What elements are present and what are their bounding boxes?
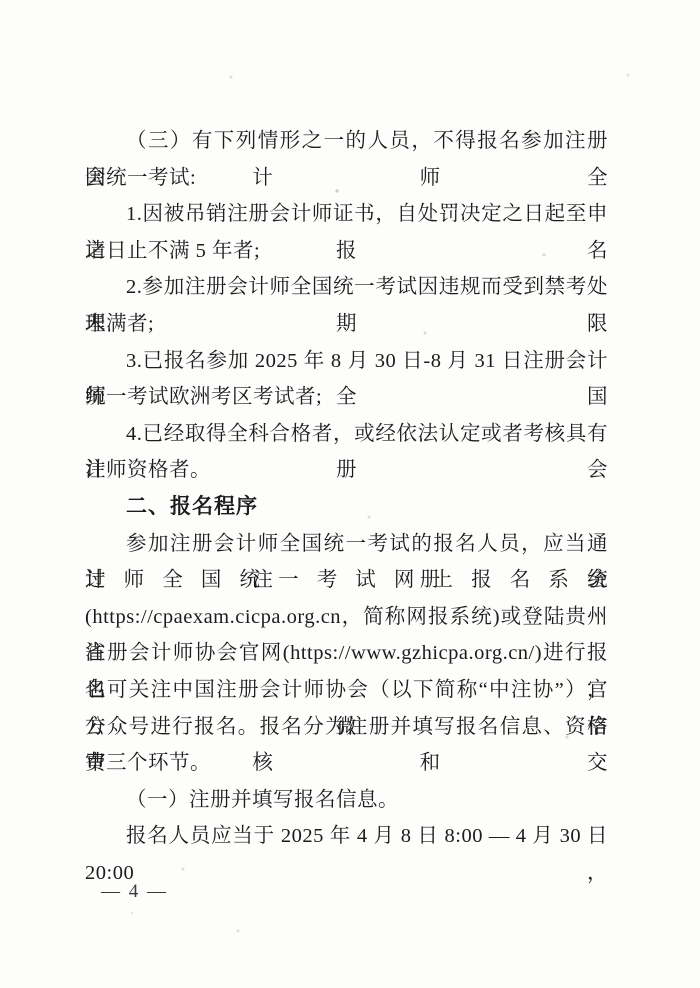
text-line: 报名人员应当于 2025 年 4 月 8 日 8:00 — 4 月 30 日 2… (85, 818, 608, 855)
text-line-with-url: 注册会计师协会官网(https://www.gzhicpa.org.cn/)进行… (85, 635, 608, 672)
document-page: （三）有下列情形之一的人员，不得报名参加注册会计师全 国统一考试: 1.因被吊销… (0, 0, 700, 988)
text-line-with-url: (https://cpaexam.cicpa.org.cn，简称网报系统)或登陆… (85, 599, 608, 636)
text-line: 参加注册会计师全国统一考试的报名人员，应当通过注册会 (85, 526, 608, 563)
text-line: 4.已经取得全科合格者，或经依法认定或者考核具有注册会 (85, 416, 608, 453)
document-body: （三）有下列情形之一的人员，不得报名参加注册会计师全 国统一考试: 1.因被吊销… (85, 123, 608, 855)
scan-noise-decoration (0, 0, 2, 2)
justified-spread-line: 计 师 全 国 统 一 考 试 网 上 报 名 系 统 (85, 562, 608, 599)
section-heading: 二、报名程序 (85, 489, 608, 526)
text-line: 1.因被吊销注册会计师证书，自处罚决定之日起至申请报名 (85, 196, 608, 233)
subsection-heading: （一）注册并填写报名信息。 (85, 782, 608, 819)
text-line: 也可关注中国注册会计师协会（以下简称“中注协”）官方微信 (85, 672, 608, 709)
text-line: 3.已报名参加 2025 年 8 月 30 日-8 月 31 日注册会计师全国 (85, 343, 608, 380)
page-number: — 4 — (101, 874, 168, 910)
text-line: （三）有下列情形之一的人员，不得报名参加注册会计师全 (85, 123, 608, 160)
text-line: 公众号进行报名。报名分为注册并填写报名信息、资格审核和交 (85, 709, 608, 746)
text-line: 2.参加注册会计师全国统一考试因违规而受到禁考处理期限 (85, 269, 608, 306)
